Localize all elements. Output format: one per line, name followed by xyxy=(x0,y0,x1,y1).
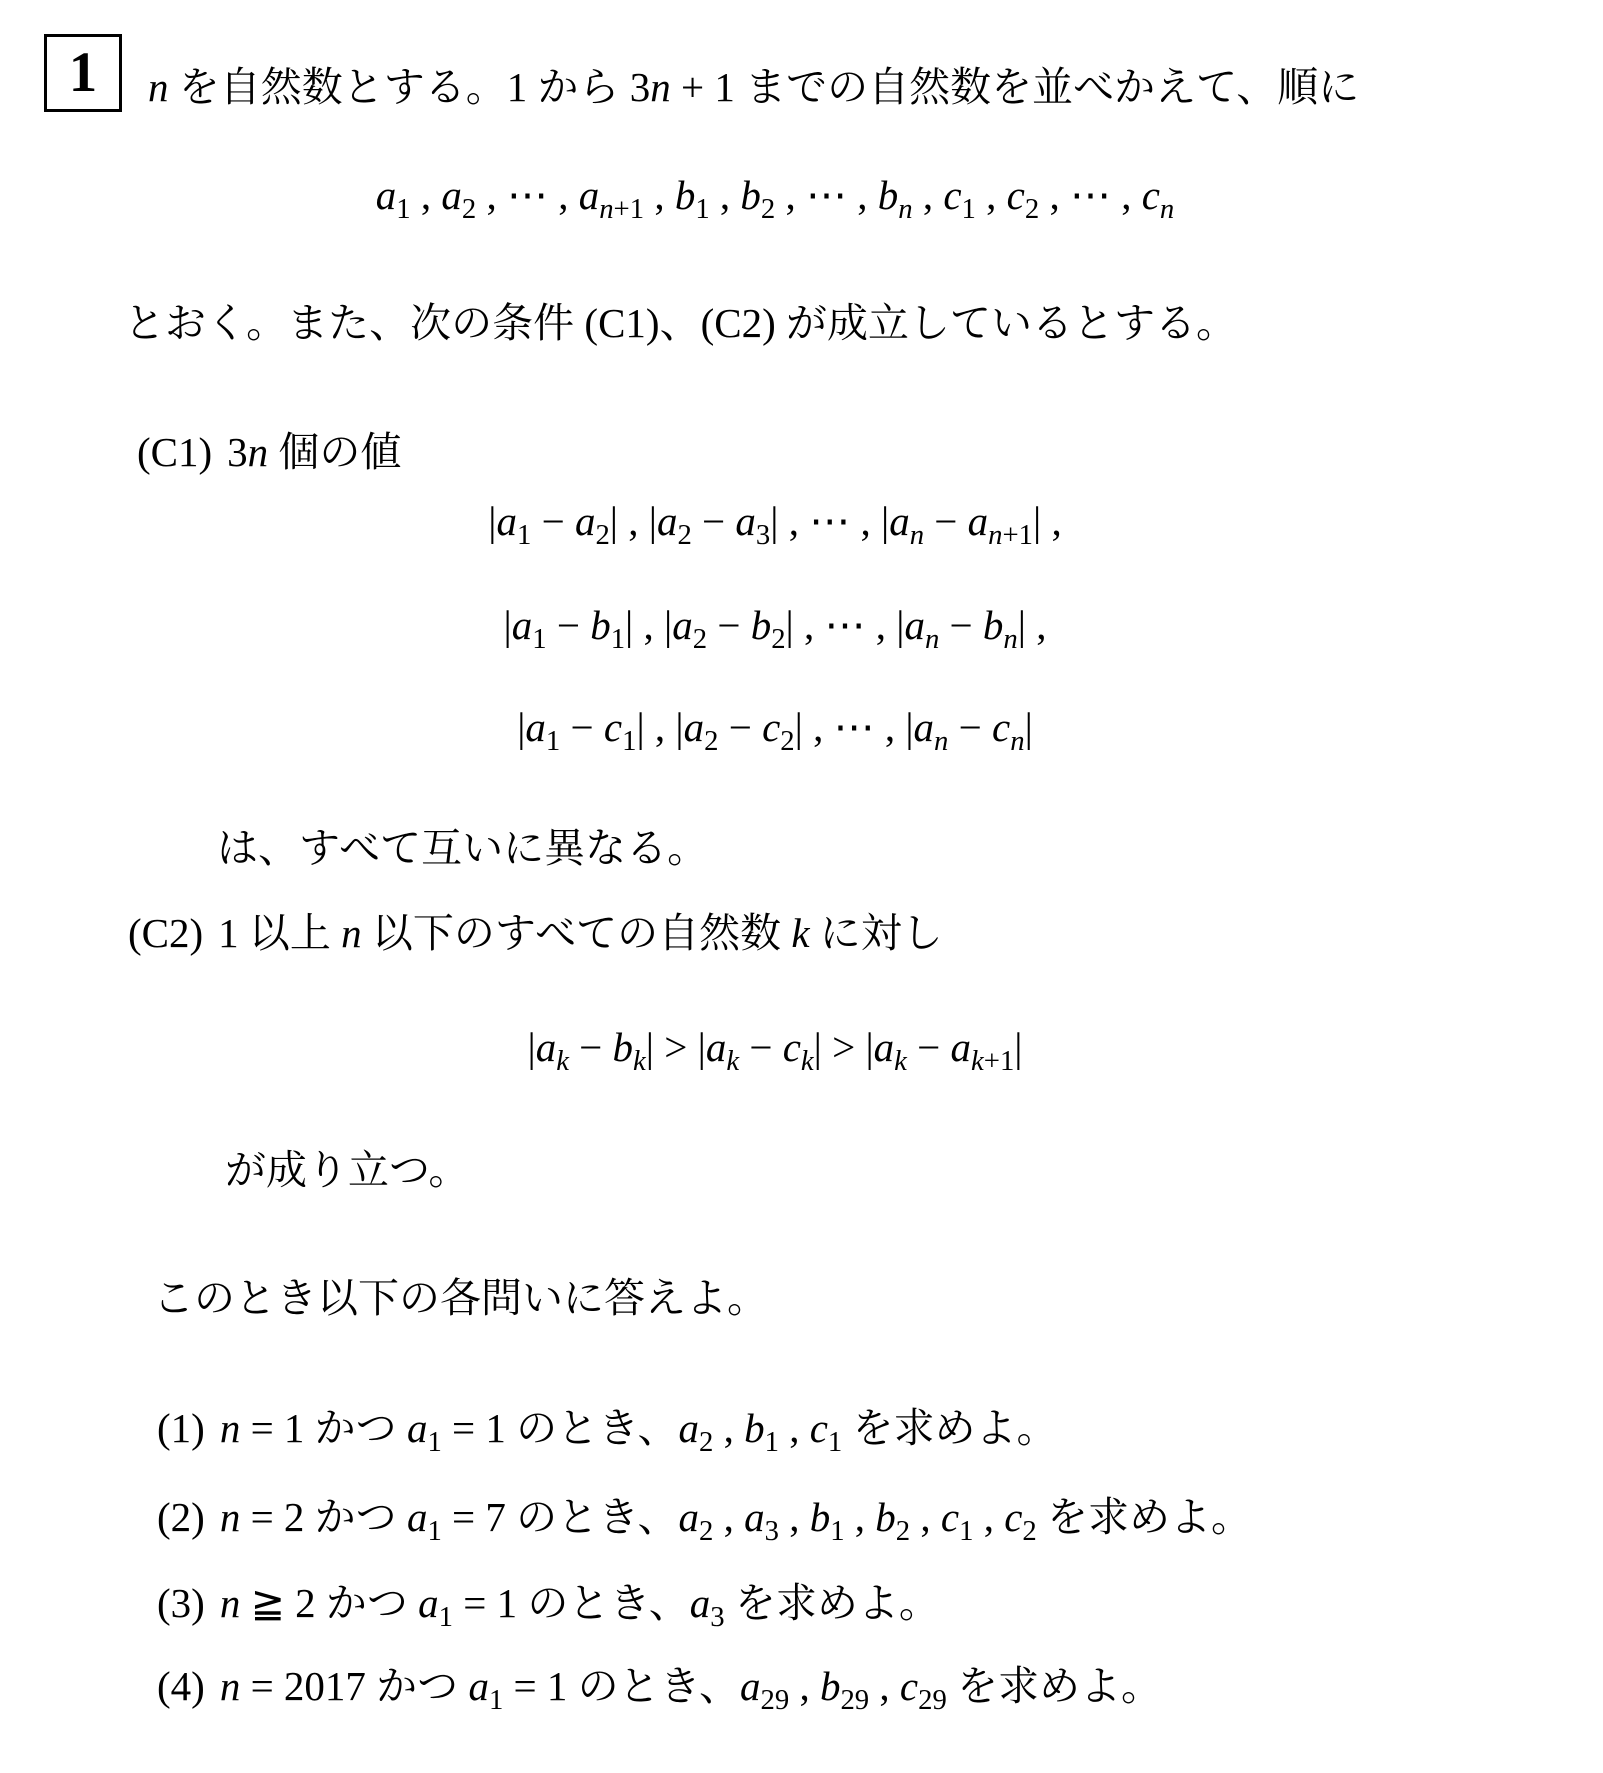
questions-prompt: このとき以下の各問いに答えよ。 xyxy=(153,1275,768,1322)
question-4-label: (4) xyxy=(157,1663,205,1709)
question-1-text: n = 1 かつ a1 = 1 のとき、a2 , b1 , c1 を求めよ。 xyxy=(220,1405,1058,1451)
question-3: (3)n ≧ 2 かつ a1 = 1 のとき、a3 を求めよ。 xyxy=(157,1580,940,1627)
condition-c2-label: (C2) xyxy=(128,910,203,956)
condition-c1-heading: 3n 個の値 xyxy=(227,429,401,475)
condition-c1-trailing: は、すべて互いに異なる。 xyxy=(217,825,708,872)
condition-c2-math-row: |ak − bk| > |ak − ck| > |ak − ak+1| xyxy=(0,1024,1550,1071)
c1-formula-c-differences: |a1 − c1| , |a2 − c2| , ⋯ , |an − cn| xyxy=(517,704,1033,750)
c1-formula-a-differences: |a1 − a2| , |a2 − a3| , ⋯ , |an − an+1| … xyxy=(488,498,1062,544)
condition-c2-trailing: が成り立つ。 xyxy=(225,1147,469,1194)
condition-c1-header: (C1)3n 個の値 xyxy=(137,429,401,476)
exam-problem-page: 1 n を自然数とする。1 から 3n + 1 までの自然数を並べかえて、順に … xyxy=(0,0,1603,1773)
question-3-label: (3) xyxy=(157,1580,205,1626)
question-1: (1)n = 1 かつ a1 = 1 のとき、a2 , b1 , c1 を求めよ… xyxy=(157,1405,1058,1452)
sequence-formula-row: a1 , a2 , ⋯ , an+1 , b1 , b2 , ⋯ , bn , … xyxy=(0,172,1550,219)
sequence-formula: a1 , a2 , ⋯ , an+1 , b1 , b2 , ⋯ , bn , … xyxy=(376,172,1174,218)
question-3-text: n ≧ 2 かつ a1 = 1 のとき、a3 を求めよ。 xyxy=(220,1580,940,1626)
question-2: (2)n = 2 かつ a1 = 7 のとき、a2 , a3 , b1 , b2… xyxy=(157,1494,1252,1541)
question-1-label: (1) xyxy=(157,1405,205,1451)
condition-c1-math-row-2: |a1 − b1| , |a2 − b2| , ⋯ , |an − bn| , xyxy=(0,602,1550,649)
condition-c2-heading: 1 以上 n 以下のすべての自然数 k に対し xyxy=(218,910,943,956)
question-2-text: n = 2 かつ a1 = 7 のとき、a2 , a3 , b1 , b2 , … xyxy=(220,1494,1252,1540)
intro-line-2: とおく。また、次の条件 (C1)、(C2) が成立しているとする。 xyxy=(124,300,1237,347)
problem-number-box: 1 xyxy=(44,34,122,112)
condition-c2-header: (C2)1 以上 n 以下のすべての自然数 k に対し xyxy=(128,910,943,957)
question-4-text: n = 2017 かつ a1 = 1 のとき、a29 , b29 , c29 を… xyxy=(220,1663,1162,1709)
problem-number: 1 xyxy=(69,40,98,106)
intro-line-1: n を自然数とする。1 から 3n + 1 までの自然数を並べかえて、順に xyxy=(148,64,1359,111)
question-4: (4)n = 2017 かつ a1 = 1 のとき、a29 , b29 , c2… xyxy=(157,1663,1162,1710)
condition-c1-math-row-1: |a1 − a2| , |a2 − a3| , ⋯ , |an − an+1| … xyxy=(0,498,1550,545)
question-2-label: (2) xyxy=(157,1494,205,1540)
c1-formula-b-differences: |a1 − b1| , |a2 − b2| , ⋯ , |an − bn| , xyxy=(504,602,1047,648)
condition-c1-math-row-3: |a1 − c1| , |a2 − c2| , ⋯ , |an − cn| xyxy=(0,704,1550,751)
condition-c1-label: (C1) xyxy=(137,429,212,475)
c2-inequality-formula: |ak − bk| > |ak − ck| > |ak − ak+1| xyxy=(527,1024,1022,1070)
